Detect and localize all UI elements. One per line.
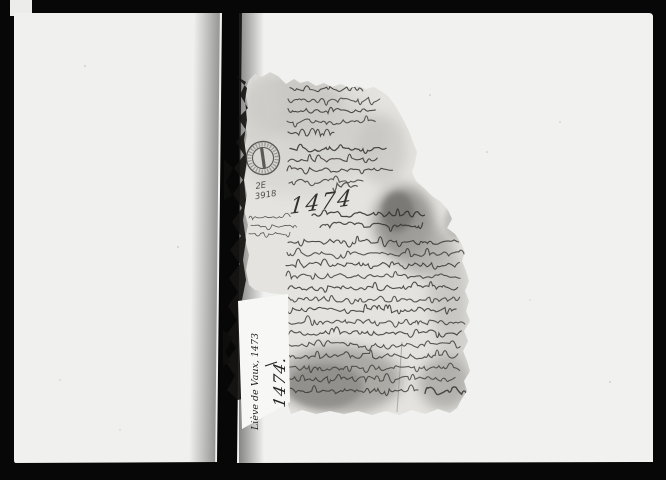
flyleaf-note-line1: Liève de Vaux, 1473 bbox=[250, 333, 261, 431]
flyleaf-note-line2: 1474. bbox=[270, 355, 289, 409]
scan-canvas: 2E 3918 1474 Liève de Vaux, 1473 1474. bbox=[0, 0, 666, 480]
left-page bbox=[10, 0, 222, 463]
scanned-book-photo: 2E 3918 1474 Liève de Vaux, 1473 1474. bbox=[0, 0, 666, 480]
